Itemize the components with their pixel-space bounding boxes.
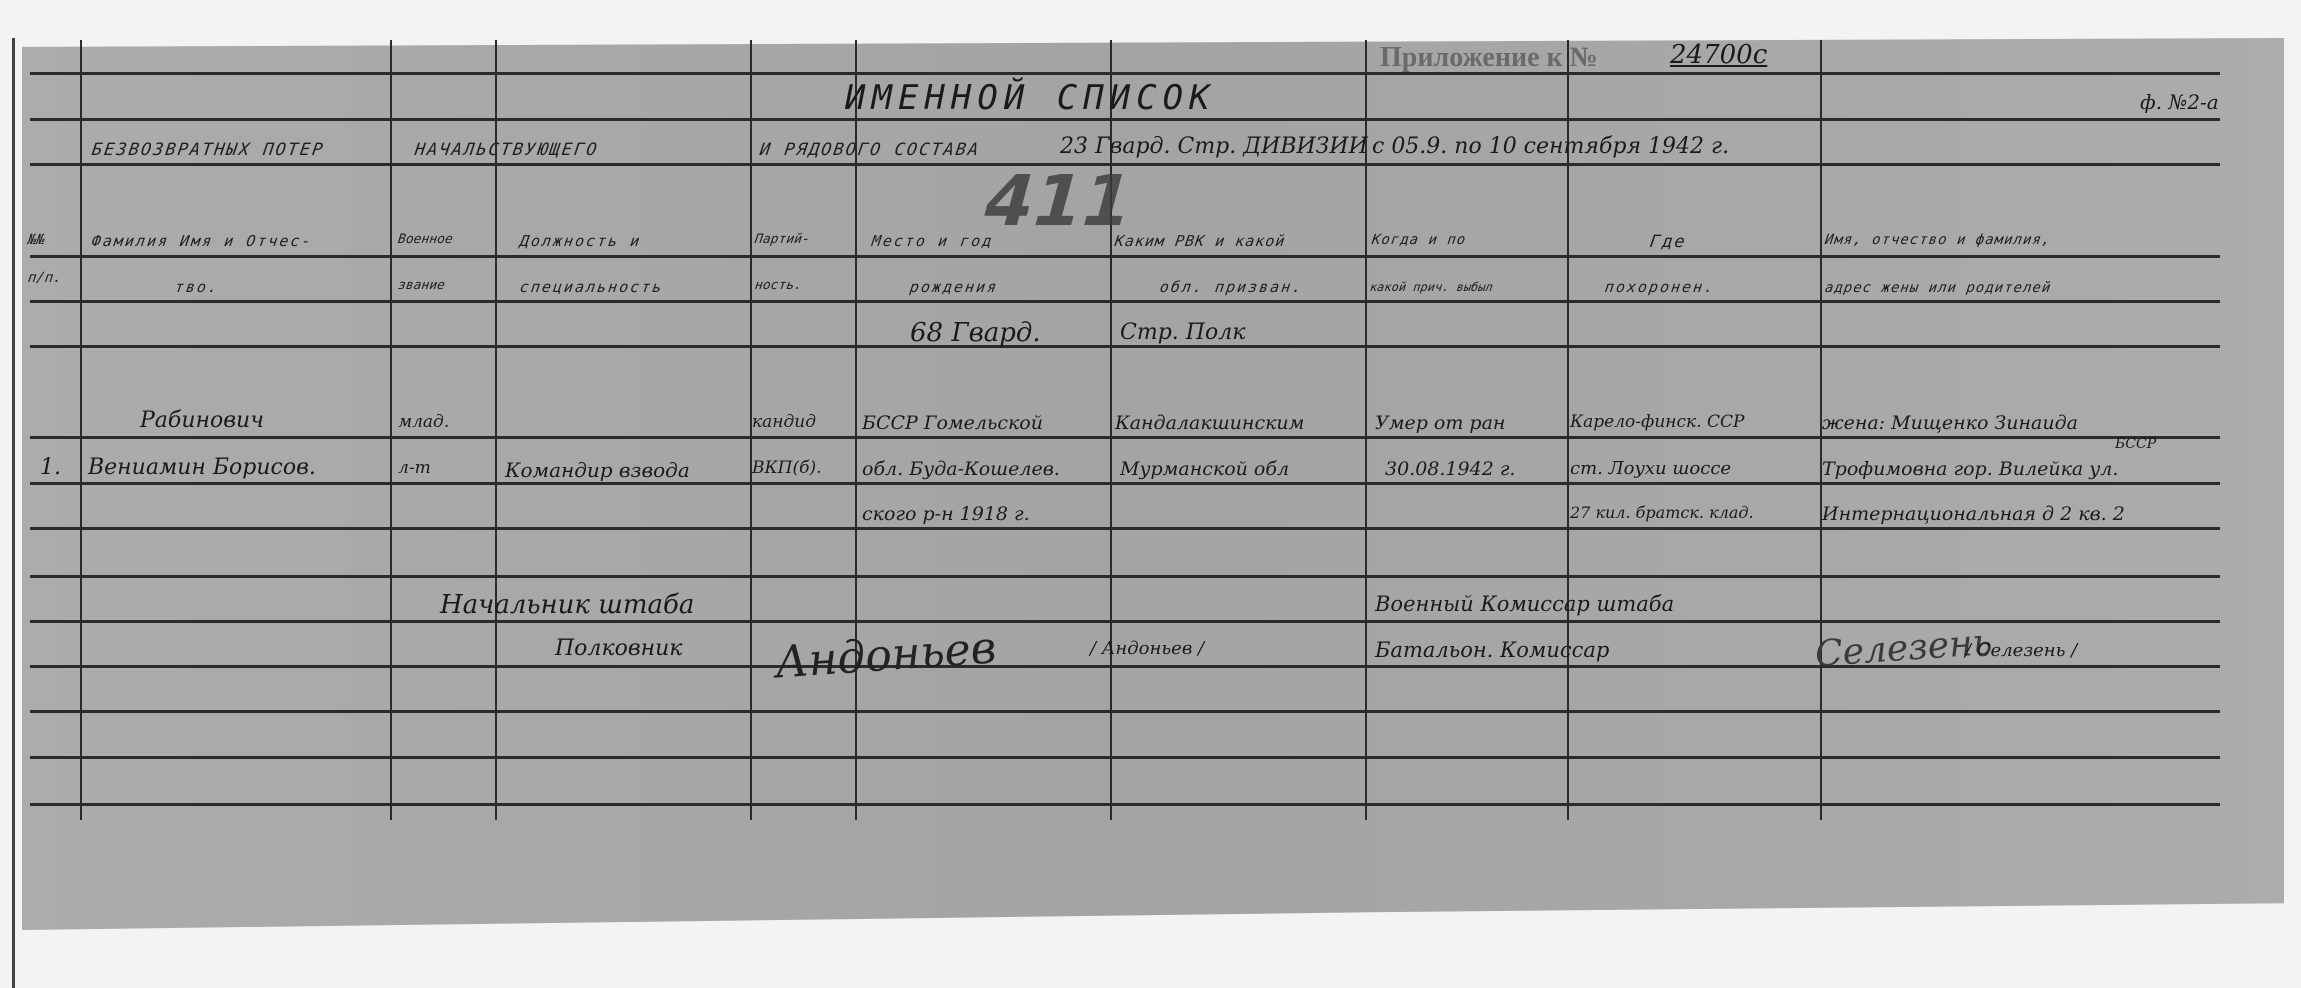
record-draft-2: Мурманской обл [1120,458,1289,480]
row-rule [30,436,2220,439]
row-rule [30,255,2220,258]
commissar-title: Военный Комиссар штаба [1375,592,1674,616]
col-header-birth-2: рождения [909,278,1000,296]
record-number: 1. [40,455,61,480]
record-party-1: кандид [752,412,816,432]
col-header-burial-2: похоронен. [1604,278,1717,296]
column-divider [80,40,82,820]
subtitle-part2: НАЧАЛЬСТВУЮЩЕГО [414,140,600,160]
appendix-stamp-number: 24700с [1670,40,1767,70]
col-header-burial-1: Где [1649,232,1689,252]
col-header-position-1: Должность и [519,232,643,250]
appendix-stamp-label: Приложение к № [1380,42,1598,74]
row-rule [30,575,2220,578]
row-rule [30,710,2220,713]
col-header-party-1: Партий- [754,232,811,247]
record-draft-1: Кандалакшинским [1115,412,1304,434]
record-burial-3: 27 кил. братск. клад. [1570,503,1754,522]
record-birthplace-2: обл. Буда-Кошелев. [862,458,1060,480]
record-surname: Рабинович [140,408,264,433]
record-name-patronymic: Вениамин Борисов. [88,455,316,480]
record-position: Командир взвода [505,458,690,482]
record-birthplace-3: ского р-н 1918 г. [862,503,1030,525]
col-header-number-2: п/п. [27,270,63,286]
row-rule [30,72,2220,75]
row-rule [30,118,2220,121]
commissar-name: / Селезень / [1965,640,2077,661]
record-burial-2: ст. Лоухи шоссе [1570,458,1731,479]
commissar-rank: Батальон. Комиссар [1375,638,1609,662]
row-rule [30,756,2220,759]
page-edge [12,38,15,988]
unit-regiment-part1: 68 Гвард. [910,318,1041,348]
record-rank-2: л-т [398,458,431,478]
row-rule [30,300,2220,303]
col-header-departure-1: Когда и по [1371,232,1468,248]
margin-mark: 411 [974,160,1142,242]
subtitle-period: с 05.9. по 10 сентября 1942 г. [1372,134,1729,159]
col-header-draft-2: обл. призван. [1159,278,1305,296]
record-relative-1: жена: Мищенко Зинаида [1822,412,2078,434]
subtitle-part3: И РЯДОВОГО СОСТАВА [759,140,982,160]
subtitle-part4: 23 Гвард. Стр. ДИВИЗИИ [1060,134,1368,159]
col-header-relative-2: адрес жены или родителей [1824,280,2053,296]
unit-regiment-part2: Стр. Полк [1120,320,1245,345]
col-header-name-1: Фамилия Имя и Отчес- [91,232,314,250]
record-rank-1: млад. [398,412,449,432]
record-departure-1: Умер от ран [1375,412,1505,434]
record-relative-3: Интернациональная д 2 кв. 2 [1822,503,2125,525]
col-header-relative-1: Имя, отчество и фамилия, [1824,232,2053,248]
col-header-number-1: №№ [27,232,46,248]
col-header-draft-1: Каким РВК и какой [1114,232,1287,250]
column-divider [390,40,392,820]
form-code: ф. №2-а [2140,90,2219,114]
col-header-position-2: специальность [519,278,665,296]
row-rule [30,345,2220,348]
record-relative-note: БССР [2115,436,2156,452]
row-rule [30,803,2220,806]
row-rule [30,527,2220,530]
chief-of-staff-name: / Андоньев / [1090,638,1204,659]
row-rule [30,620,2220,623]
col-header-rank-1: Военное [397,232,454,247]
record-relative-2: Трофимовна гор. Вилейка ул. [1822,458,2118,480]
record-departure-2: 30.08.1942 г. [1385,458,1515,480]
subtitle-part1: БЕЗВОЗВРАТНЫХ ПОТЕР [91,140,326,160]
col-header-name-2: тво. [174,278,221,296]
chief-of-staff-rank: Полковник [555,636,682,661]
col-header-party-2: ность. [754,278,803,293]
document-title: ИМЕННОЙ СПИСОК [845,78,1216,118]
col-header-rank-2: звание [397,278,446,293]
col-header-departure-2: какой прич. выбыл [1369,280,1494,294]
chief-of-staff-title: Начальник штаба [440,590,694,620]
record-burial-1: Карело-финск. ССР [1570,412,1744,432]
record-party-2: ВКП(б). [752,458,822,478]
row-rule [30,482,2220,485]
col-header-birth-1: Место и год [871,232,995,250]
record-birthplace-1: БССР Гомельской [862,412,1043,434]
